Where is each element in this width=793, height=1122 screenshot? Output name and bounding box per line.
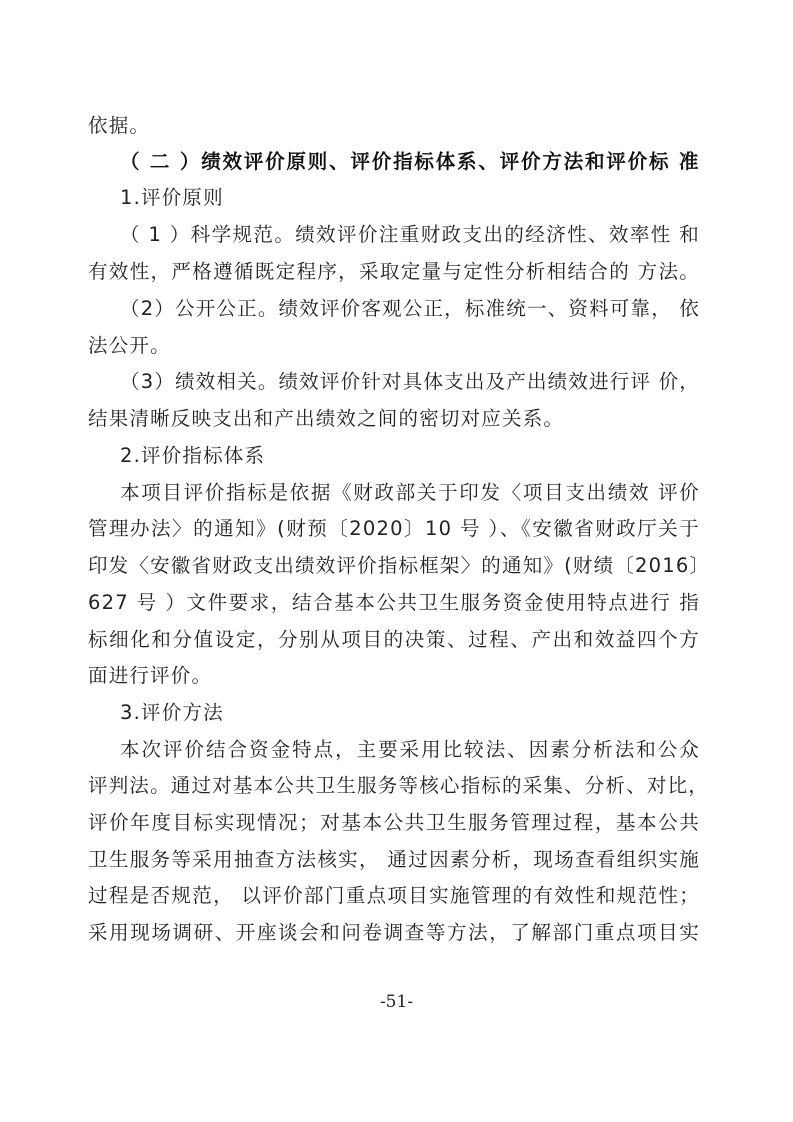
text-line: 采用现场调研、开座谈会和问卷调查等方法，了解部门重点项目实 bbox=[88, 920, 700, 946]
text-line: 法公开。 bbox=[88, 333, 171, 359]
text-line: 评价年度目标实现情况；对基本公共卫生服务管理过程，基本公共 bbox=[88, 810, 700, 836]
text-line: 结果清晰反映支出和产出绩效之间的密切对应关系。 bbox=[88, 406, 564, 432]
text-line: （ 1 ）科学规范。绩效评价注重财政支出的经济性、效率性 和 bbox=[120, 222, 700, 248]
text-line: 有效性，严格遵循既定程序，采取定量与定性分析相结合的 方法。 bbox=[88, 259, 700, 285]
page-number: -51- bbox=[0, 992, 793, 1012]
text-line: 依据。 bbox=[88, 113, 150, 139]
text-line: 本次评价结合资金特点，主要采用比较法、因素分析法和公众 bbox=[120, 737, 700, 763]
text-line: （2）公开公正。绩效评价客观公正，标准统一、资料可靠， 依 bbox=[120, 296, 700, 322]
text-line: （3）绩效相关。绩效评价针对具体支出及产出绩效进行评 价， bbox=[120, 369, 700, 395]
section-heading: （ 二 ）绩效评价原则、评价指标体系、评价方法和评价标 准 bbox=[120, 149, 700, 175]
text-line: 印发〈安徽省财政支出绩效评价指标框架〉的通知》(财绩〔2016〕 bbox=[88, 553, 700, 579]
text-line: 1.评价原则 bbox=[120, 185, 224, 211]
text-line: 卫生服务等采用抽查方法核实， 通过因素分析，现场查看组织实施 bbox=[88, 847, 700, 873]
text-line: 面进行评价。 bbox=[88, 663, 212, 689]
text-line: 标细化和分值设定，分别从项目的决策、过程、产出和效益四个方 bbox=[88, 627, 700, 653]
text-line: 627 号 ）文件要求，结合基本公共卫生服务资金使用特点进行 指 bbox=[88, 590, 700, 616]
text-line: 管理办法〉的通知》(财预〔2020〕10 号 ）、《安徽省财政厅关于 bbox=[88, 516, 700, 542]
text-line: 2.评价指标体系 bbox=[120, 443, 265, 469]
text-line: 3.评价方法 bbox=[120, 700, 224, 726]
text-line: 评判法。通过对基本公共卫生服务等核心指标的采集、分析、对比， bbox=[88, 773, 700, 799]
text-line: 过程是否规范， 以评价部门重点项目实施管理的有效性和规范性； bbox=[88, 883, 700, 909]
text-line: 本项目评价指标是依据《财政部关于印发〈项目支出绩效 评价 bbox=[120, 480, 700, 506]
